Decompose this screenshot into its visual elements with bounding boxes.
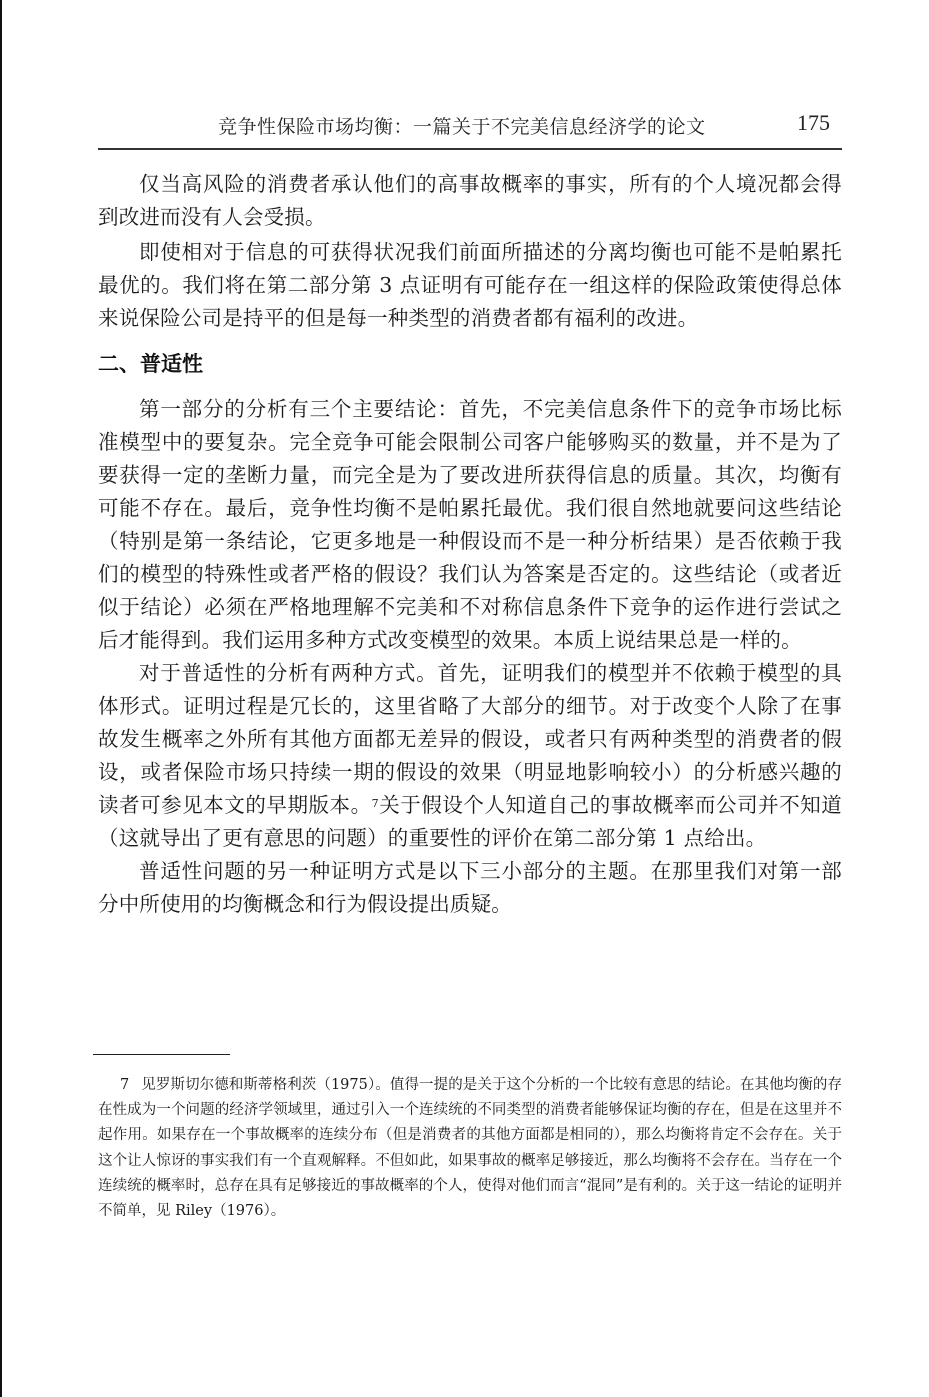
- page-number: 175: [797, 110, 830, 136]
- paragraph: 普适性问题的另一种证明方式是以下三小部分的主题。在那里我们对第一部分中所使用的均…: [98, 855, 842, 921]
- footnote: 7见罗斯切尔德和斯蒂格利茨（1975）。值得一提的是关于这个分析的一个比较有意思…: [98, 1073, 842, 1224]
- running-head: 竞争性保险市场均衡：一篇关于不完美信息经济学的论文 175: [100, 112, 840, 142]
- header-rule: [98, 148, 842, 150]
- paragraph: 即使相对于信息的可获得状况我们前面所描述的分离均衡也可能不是帕累托最优的。我们将…: [98, 236, 842, 335]
- page-left-edge: [0, 0, 2, 1397]
- section-heading: 二、普适性: [98, 349, 842, 379]
- footnote-rule: [93, 1054, 230, 1055]
- paragraph: 对于普适性的分析有两种方式。首先，证明我们的模型并不依赖于模型的具体形式。证明过…: [98, 657, 842, 855]
- footnote-reference[interactable]: 7: [372, 797, 379, 810]
- body-text: 仅当高风险的消费者承认他们的高事故概率的事实，所有的个人境况都会得到改进而没有人…: [98, 168, 842, 921]
- footnote-text: 见罗斯切尔德和斯蒂格利茨（1975）。值得一提的是关于这个分析的一个比较有意思的…: [98, 1077, 842, 1219]
- running-title: 竞争性保险市场均衡：一篇关于不完美信息经济学的论文: [218, 112, 706, 139]
- paragraph: 仅当高风险的消费者承认他们的高事故概率的事实，所有的个人境况都会得到改进而没有人…: [98, 168, 842, 234]
- paragraph: 第一部分的分析有三个主要结论：首先，不完美信息条件下的竞争市场比标准模型中的要复…: [98, 393, 842, 657]
- footnote-number: 7: [120, 1073, 129, 1098]
